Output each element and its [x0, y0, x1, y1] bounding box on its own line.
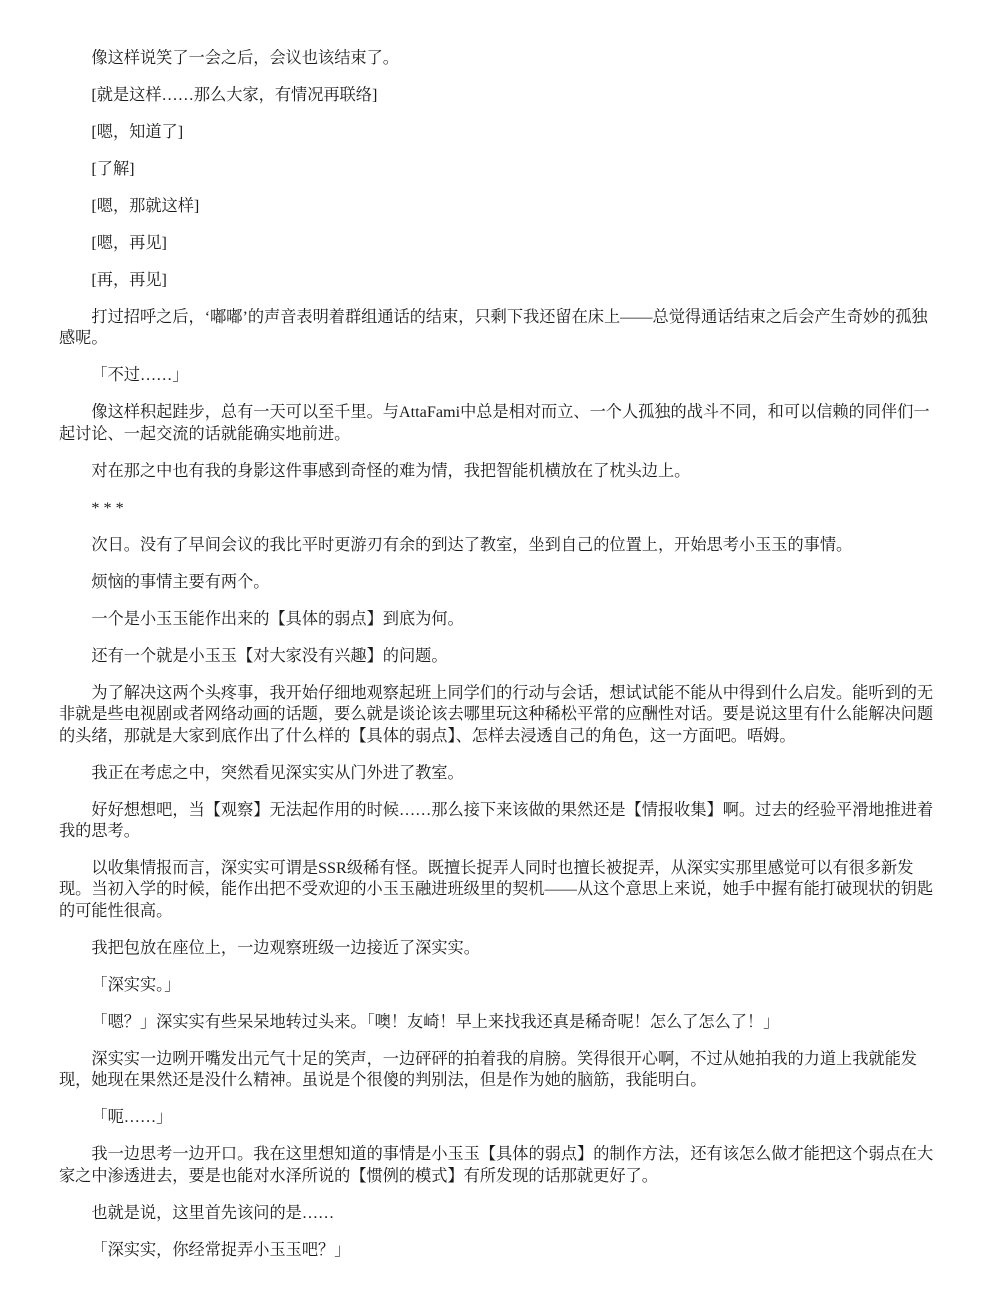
dialogue-line: [再，再见]: [59, 270, 936, 291]
narration-paragraph: 像这样说笑了一会之后，会议也该结束了。: [59, 48, 936, 69]
document-page: 像这样说笑了一会之后，会议也该结束了。 [就是这样……那么大家，有情况再联络] …: [59, 48, 936, 1277]
narration-paragraph: 次日。没有了早间会议的我比平时更游刃有余的到达了教室，坐到自己的位置上，开始思考…: [59, 535, 936, 556]
dialogue-line: [了解]: [59, 159, 936, 180]
dialogue-line: 「呃……」: [59, 1107, 936, 1128]
narration-paragraph: 我正在考虑之中，突然看见深实实从门外进了教室。: [59, 763, 936, 784]
dialogue-line: 「深实实。」: [59, 975, 936, 996]
dialogue-line: 「嗯？」深实实有些呆呆地转过头来。「噢！友崎！早上来找我还真是稀奇呢！怎么了怎么…: [59, 1012, 936, 1033]
narration-paragraph: 我一边思考一边开口。我在这里想知道的事情是小玉玉【具体的弱点】的制作方法，还有该…: [59, 1144, 936, 1187]
narration-paragraph: 我把包放在座位上，一边观察班级一边接近了深实实。: [59, 938, 936, 959]
dialogue-line: [嗯，那就这样]: [59, 196, 936, 217]
narration-paragraph: 深实实一边咧开嘴发出元气十足的笑声，一边砰砰的拍着我的肩膀。笑得很开心啊，不过从…: [59, 1049, 936, 1092]
narration-paragraph: 像这样积起跬步，总有一天可以至千里。与AttaFami中总是相对而立、一个人孤独…: [59, 402, 936, 445]
narration-paragraph: 对在那之中也有我的身影这件事感到奇怪的难为情，我把智能机横放在了枕头边上。: [59, 461, 936, 482]
dialogue-line: 「不过……」: [59, 365, 936, 386]
narration-paragraph: 还有一个就是小玉玉【对大家没有兴趣】的问题。: [59, 646, 936, 667]
narration-paragraph: 好好想想吧，当【观察】无法起作用的时候……那么接下来该做的果然还是【情报收集】啊…: [59, 800, 936, 843]
dialogue-line: [嗯，再见]: [59, 233, 936, 254]
narration-paragraph: 一个是小玉玉能作出来的【具体的弱点】到底为何。: [59, 609, 936, 630]
narration-paragraph: 也就是说，这里首先该问的是……: [59, 1203, 936, 1224]
scene-break: * * *: [59, 498, 936, 519]
narration-paragraph: 烦恼的事情主要有两个。: [59, 572, 936, 593]
dialogue-line: [嗯，知道了]: [59, 122, 936, 143]
narration-paragraph: 以收集情报而言，深实实可谓是SSR级稀有怪。既擅长捉弄人同时也擅长被捉弄，从深实…: [59, 858, 936, 922]
dialogue-line: 「深实实，你经常捉弄小玉玉吧？」: [59, 1240, 936, 1261]
dialogue-line: [就是这样……那么大家，有情况再联络]: [59, 85, 936, 106]
narration-paragraph: 为了解决这两个头疼事，我开始仔细地观察起班上同学们的行动与会话，想试试能不能从中…: [59, 683, 936, 747]
narration-paragraph: 打过招呼之后，‘嘟嘟’的声音表明着群组通话的结束，只剩下我还留在床上——总觉得通…: [59, 307, 936, 350]
